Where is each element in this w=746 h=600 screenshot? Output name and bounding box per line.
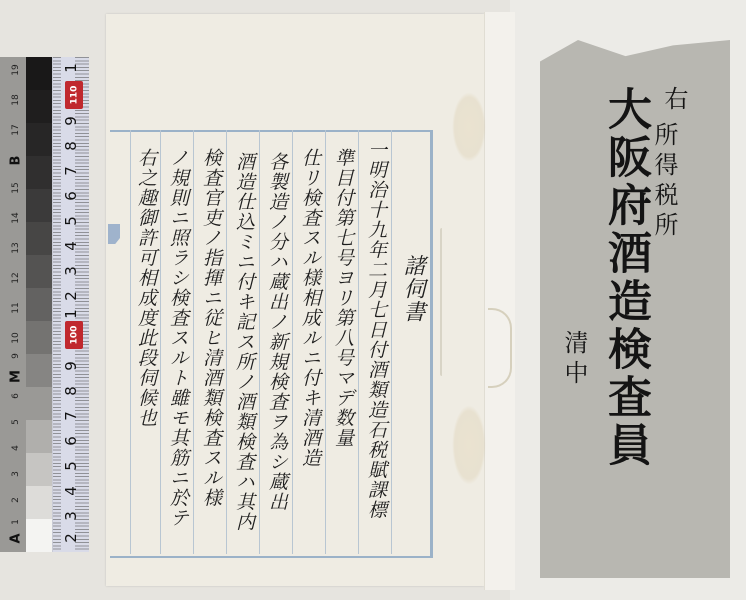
ruler-number: 2: [62, 528, 80, 548]
ruler-number: 1: [62, 58, 80, 78]
gray-patch: [26, 288, 54, 321]
manuscript-column: 各製造ノ分ハ蔵出ノ新規検査ヲ為シ蔵出: [263, 152, 291, 512]
ruler-number: 6: [62, 186, 80, 206]
ruled-line: [391, 130, 392, 554]
card-letter-a: A: [9, 525, 24, 553]
envelope-office-line: 所得税所: [650, 122, 678, 242]
manuscript-column: ノ規則ニ照ラシ検査スルト雖モ其筋ニ於テ: [164, 148, 192, 528]
gray-patch: [26, 354, 54, 387]
gray-patch: [26, 486, 54, 519]
ruler-number: 6: [62, 431, 80, 451]
card-number: 11: [11, 296, 21, 320]
gray-patch: [26, 255, 54, 288]
water-stain: [452, 405, 486, 485]
gray-patch: [26, 123, 54, 156]
gray-patch: [26, 189, 54, 222]
manuscript-column: 右之趣御許可相成度此段伺候也: [132, 148, 160, 428]
ruler-number: 9: [62, 356, 80, 376]
ruler-badge-100: 100: [65, 321, 83, 349]
card-number: 15: [11, 176, 21, 200]
ruler-number: 8: [62, 136, 80, 156]
manuscript-fold: [484, 12, 515, 590]
card-number: 5: [11, 410, 21, 434]
ruler-number: 2: [62, 286, 80, 306]
ruled-line: [130, 130, 131, 554]
card-number: 3: [11, 462, 21, 486]
card-number: 2: [11, 488, 21, 512]
gray-patch: [26, 57, 54, 90]
ruler-badge-110: 110: [65, 81, 83, 109]
gray-patches: [26, 57, 54, 552]
ruler-ticks: [53, 57, 61, 552]
ruled-line: [325, 130, 326, 554]
badge-label: 100: [69, 326, 79, 345]
card-letter-b: B: [9, 147, 24, 175]
binding-string: [440, 228, 448, 376]
card-number: 12: [11, 266, 21, 290]
ruler-number: 3: [62, 261, 80, 281]
ruler-number: 5: [62, 456, 80, 476]
ruled-line: [358, 130, 359, 554]
card-number: 4: [11, 436, 21, 460]
card-number: 19: [11, 58, 21, 82]
manuscript-title: 諸伺書: [398, 254, 426, 323]
card-number: 17: [11, 118, 21, 142]
gray-patch: [26, 90, 54, 123]
measuring-ruler: 1 110 9 8 7 6 5 4 3 2 1 100 9 8 7 6 5 4 …: [52, 57, 89, 552]
ruled-line: [160, 130, 161, 554]
gray-patch: [26, 420, 54, 453]
card-number: 6: [11, 384, 21, 408]
ruled-line: [226, 130, 227, 554]
envelope-sender: 清中: [560, 330, 588, 390]
ruler-number: 7: [62, 161, 80, 181]
manuscript-column: 一明治十九年二月七日付酒類造石税賦課標: [362, 140, 390, 520]
gray-patch: [26, 222, 54, 255]
ruler-number: 4: [62, 481, 80, 501]
ruled-line: [292, 130, 293, 554]
gray-patch: [26, 519, 54, 552]
ruler-number: 9: [62, 111, 80, 131]
gray-patch: [26, 321, 54, 354]
card-number: 13: [11, 236, 21, 260]
envelope-mark: 右: [660, 86, 688, 116]
ruled-line: [193, 130, 194, 554]
manuscript-column: 酒造仕込ミニ付キ記ス所ノ酒類検査ハ其内: [230, 152, 258, 532]
ruled-line: [259, 130, 260, 554]
manuscript-column: 準目付第七号ヨリ第八号マデ数量: [329, 148, 357, 448]
ruler-number: 4: [62, 236, 80, 256]
card-number: 18: [11, 88, 21, 112]
water-stain: [452, 92, 486, 162]
ruler-number: 8: [62, 381, 80, 401]
gray-patch: [26, 387, 54, 420]
manuscript-column: 仕リ検査スル様相成ルニ付キ清酒造: [296, 148, 324, 468]
badge-label: 110: [69, 86, 79, 105]
envelope-address: 大阪府酒造検査員: [600, 86, 650, 470]
ruler-number: 3: [62, 506, 80, 526]
binding-string-loop: [488, 308, 512, 388]
gray-patch: [26, 453, 54, 486]
ruler-number: 7: [62, 406, 80, 426]
gray-patch: [26, 156, 54, 189]
ruler-number: 5: [62, 211, 80, 231]
manuscript-column: 検査官吏ノ指揮ニ従ヒ清酒類検査スル様: [197, 148, 225, 508]
card-number: 14: [11, 206, 21, 230]
